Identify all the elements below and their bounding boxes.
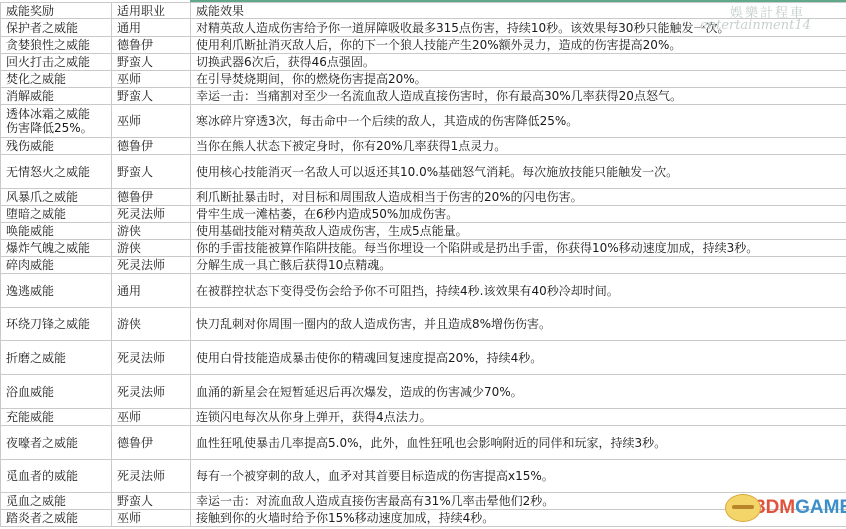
cell-class[interactable]: 野蛮人 (112, 88, 191, 105)
table-row: 充能威能巫师连锁闪电每次从你身上弹开，获得4点法力。 (1, 409, 846, 426)
cell-class[interactable]: 野蛮人 (112, 493, 191, 510)
cell-perk-name[interactable]: 消解威能 (1, 88, 112, 105)
cell-effect[interactable]: 使用利爪断扯消灭敌人后，你的下一个狼人技能产生20%额外灵力，造成的伤害提高20… (191, 37, 846, 54)
cell-class[interactable]: 死灵法师 (112, 257, 191, 274)
cell-effect[interactable]: 在引导焚烧期间，你的燃烧伤害提高20%。 (191, 71, 846, 88)
cell-effect[interactable]: 对精英敌人造成伤害给予你一道屏障吸收最多315点伤害，持续10秒。该效果每30秒… (191, 19, 846, 37)
cell-effect[interactable]: 使用白骨技能造成暴击使你的精魂回复速度提高20%，持续4秒。 (191, 341, 846, 375)
table-row: 觅血者的威能死灵法师每有一个被穿刺的敌人，血矛对其首要目标造成的伤害提高x15%… (1, 460, 846, 493)
perk-table: 威能奖励 适用职业 威能效果 保护者之威能通用对精英敌人造成伤害给予你一道屏障吸… (0, 2, 846, 527)
cell-class[interactable]: 通用 (112, 19, 191, 37)
table-row: 风暴爪之威能德鲁伊利爪断扯暴击时，对目标和周围敌人造成相当于伤害的20%的闪电伤… (1, 189, 846, 206)
cell-class[interactable]: 游侠 (112, 308, 191, 341)
cell-perk-name[interactable]: 保护者之威能 (1, 19, 112, 37)
cell-class[interactable]: 德鲁伊 (112, 189, 191, 206)
cell-effect[interactable]: 你的手雷技能被算作陷阱技能。每当你埋设一个陷阱或是扔出手雷，你获得10%移动速度… (191, 240, 846, 257)
cell-perk-name[interactable]: 觅血者的威能 (1, 460, 112, 493)
header-class[interactable]: 适用职业 (112, 3, 191, 19)
cell-perk-name[interactable]: 无情怒火之威能 (1, 155, 112, 189)
table-row: 踏炎者之威能巫师接触到你的火墙时给予你15%移动速度加成，持续4秒。 (1, 510, 846, 527)
table-row: 环绕刀锋之威能游侠快刀乱刺对你周围一圈内的敌人造成伤害，并且造成8%增伤伤害。 (1, 308, 846, 341)
header-perk[interactable]: 威能奖励 (1, 3, 112, 19)
table-header-row: 威能奖励 适用职业 威能效果 (1, 3, 846, 19)
cell-perk-name[interactable]: 折磨之威能 (1, 341, 112, 375)
cell-perk-name[interactable]: 爆炸气魄之威能 (1, 240, 112, 257)
cell-class[interactable]: 死灵法师 (112, 460, 191, 493)
cell-effect[interactable]: 连锁闪电每次从你身上弹开，获得4点法力。 (191, 409, 846, 426)
cell-perk-name[interactable]: 充能威能 (1, 409, 112, 426)
cell-effect[interactable]: 骨牢生成一滩枯萎，在6秒内造成50%加成伤害。 (191, 206, 846, 223)
table-row: 碎肉威能死灵法师分解生成一具亡骸后获得10点精魂。 (1, 257, 846, 274)
cell-effect[interactable]: 切换武器6次后，获得46点强固。 (191, 54, 846, 71)
cell-perk-name[interactable]: 焚化之威能 (1, 71, 112, 88)
cell-class[interactable]: 死灵法师 (112, 375, 191, 409)
cell-effect[interactable]: 快刀乱刺对你周围一圈内的敌人造成伤害，并且造成8%增伤伤害。 (191, 308, 846, 341)
cell-class[interactable]: 巫师 (112, 510, 191, 527)
cell-perk-name[interactable]: 环绕刀锋之威能 (1, 308, 112, 341)
cell-perk-name[interactable]: 堕暗之威能 (1, 206, 112, 223)
header-effect[interactable]: 威能效果 (191, 3, 846, 19)
cell-effect[interactable]: 寒冰碎片穿透3次，每击命中一个后续的敌人，其造成的伤害降低25%。 (191, 105, 846, 138)
table-row: 贪婪狼性之威能德鲁伊使用利爪断扯消灭敌人后，你的下一个狼人技能产生20%额外灵力… (1, 37, 846, 54)
cell-class[interactable]: 德鲁伊 (112, 37, 191, 54)
cell-perk-name[interactable]: 逸逃威能 (1, 274, 112, 308)
table-row: 回火打击之威能野蛮人切换武器6次后，获得46点强固。 (1, 54, 846, 71)
cell-class[interactable]: 巫师 (112, 71, 191, 88)
table-row: 觅血之威能野蛮人幸运一击：对流血敌人造成直接伤害最高有31%几率击晕他们2秒。 (1, 493, 846, 510)
cell-effect[interactable]: 分解生成一具亡骸后获得10点精魂。 (191, 257, 846, 274)
cell-effect[interactable]: 每有一个被穿刺的敌人，血矛对其首要目标造成的伤害提高x15%。 (191, 460, 846, 493)
cell-perk-name[interactable]: 贪婪狼性之威能 (1, 37, 112, 54)
cell-effect[interactable]: 当你在熊人状态下被定身时，你有20%几率获得1点灵力。 (191, 138, 846, 155)
cell-effect[interactable]: 幸运一击：当痛割对至少一名流血敌人造成直接伤害时，你有最高30%几率获得20点怒… (191, 88, 846, 105)
table-row: 浴血威能死灵法师血涌的新星会在短暂延迟后再次爆发，造成的伤害减少70%。 (1, 375, 846, 409)
cell-class[interactable]: 游侠 (112, 240, 191, 257)
table-row: 爆炸气魄之威能游侠你的手雷技能被算作陷阱技能。每当你埋设一个陷阱或是扔出手雷，你… (1, 240, 846, 257)
cell-perk-name[interactable]: 夜嚎者之威能 (1, 426, 112, 460)
table-row: 夜嚎者之威能德鲁伊血性狂吼使暴击几率提高5.0%，此外，血性狂吼也会影响附近的同… (1, 426, 846, 460)
table-row: 堕暗之威能死灵法师骨牢生成一滩枯萎，在6秒内造成50%加成伤害。 (1, 206, 846, 223)
table-row: 折磨之威能死灵法师使用白骨技能造成暴击使你的精魂回复速度提高20%，持续4秒。 (1, 341, 846, 375)
table-row: 焚化之威能巫师在引导焚烧期间，你的燃烧伤害提高20%。 (1, 71, 846, 88)
cell-class[interactable]: 德鲁伊 (112, 426, 191, 460)
cell-perk-name[interactable]: 回火打击之威能 (1, 54, 112, 71)
cell-effect[interactable]: 使用核心技能消灭一名敌人可以返还其10.0%基础怒气消耗。每次施放技能只能触发一… (191, 155, 846, 189)
cell-class[interactable]: 巫师 (112, 409, 191, 426)
cell-effect[interactable]: 血性狂吼使暴击几率提高5.0%，此外，血性狂吼也会影响附近的同伴和玩家，持续3秒… (191, 426, 846, 460)
cell-perk-name[interactable]: 风暴爪之威能 (1, 189, 112, 206)
table-row: 保护者之威能通用对精英敌人造成伤害给予你一道屏障吸收最多315点伤害，持续10秒… (1, 19, 846, 37)
cell-perk-name[interactable]: 浴血威能 (1, 375, 112, 409)
table-row: 无情怒火之威能野蛮人使用核心技能消灭一名敌人可以返还其10.0%基础怒气消耗。每… (1, 155, 846, 189)
table-row: 透体冰霜之威能伤害降低25%。巫师寒冰碎片穿透3次，每击命中一个后续的敌人，其造… (1, 105, 846, 138)
cell-effect[interactable]: 在被群控状态下变得受伤会给予你不可阻挡，持续4秒.该效果有40秒冷却时间。 (191, 274, 846, 308)
cell-class[interactable]: 德鲁伊 (112, 138, 191, 155)
table-row: 残伤威能德鲁伊当你在熊人状态下被定身时，你有20%几率获得1点灵力。 (1, 138, 846, 155)
cell-effect[interactable]: 血涌的新星会在短暂延迟后再次爆发，造成的伤害减少70%。 (191, 375, 846, 409)
cell-class[interactable]: 巫师 (112, 105, 191, 138)
cell-effect[interactable]: 接触到你的火墙时给予你15%移动速度加成，持续4秒。 (191, 510, 846, 527)
cell-class[interactable]: 通用 (112, 274, 191, 308)
table-row: 唤能威能游侠使用基础技能对精英敌人造成伤害，生成5点能量。 (1, 223, 846, 240)
cell-class[interactable]: 野蛮人 (112, 155, 191, 189)
cell-perk-name[interactable]: 踏炎者之威能 (1, 510, 112, 527)
cell-effect[interactable]: 使用基础技能对精英敌人造成伤害，生成5点能量。 (191, 223, 846, 240)
cell-effect[interactable]: 利爪断扯暴击时，对目标和周围敌人造成相当于伤害的20%的闪电伤害。 (191, 189, 846, 206)
cell-perk-name[interactable]: 透体冰霜之威能伤害降低25%。 (1, 105, 112, 138)
cell-class[interactable]: 游侠 (112, 223, 191, 240)
cell-perk-name[interactable]: 残伤威能 (1, 138, 112, 155)
table-row: 消解威能野蛮人幸运一击：当痛割对至少一名流血敌人造成直接伤害时，你有最高30%几… (1, 88, 846, 105)
cell-perk-name[interactable]: 唤能威能 (1, 223, 112, 240)
cell-class[interactable]: 死灵法师 (112, 206, 191, 223)
cell-class[interactable]: 死灵法师 (112, 341, 191, 375)
cell-class[interactable]: 野蛮人 (112, 54, 191, 71)
table-row: 逸逃威能通用在被群控状态下变得受伤会给予你不可阻挡，持续4秒.该效果有40秒冷却… (1, 274, 846, 308)
cell-effect[interactable]: 幸运一击：对流血敌人造成直接伤害最高有31%几率击晕他们2秒。 (191, 493, 846, 510)
cell-perk-name[interactable]: 碎肉威能 (1, 257, 112, 274)
cell-perk-name[interactable]: 觅血之威能 (1, 493, 112, 510)
